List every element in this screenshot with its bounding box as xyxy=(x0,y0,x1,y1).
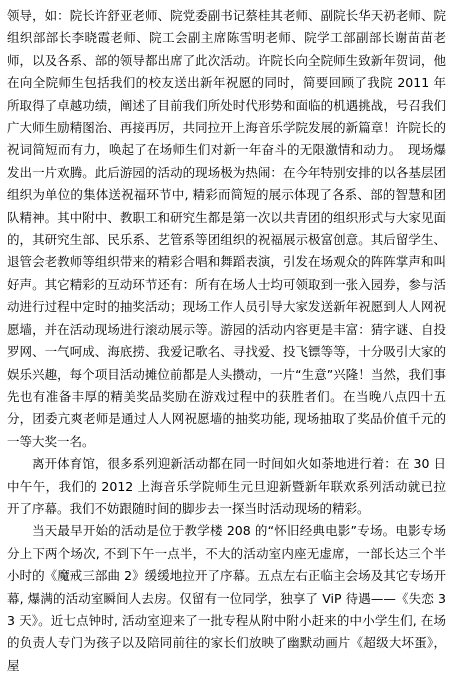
paragraph-movie-special: 当天最早开始的活动是位于教学楼 208 的“怀旧经典电影”专场。电影专场分上下两… xyxy=(7,520,446,677)
document-page: 领导，如：院长许舒亚老师、院党委副书记蔡桂其老师、副院长华天礽老师、院组织部部长… xyxy=(0,0,453,692)
paragraph-leaving-gym: 离开体育馆，很多系列迎新活动都在同一时间如火如荼地进行着：在 30 日中午午，我… xyxy=(7,453,446,520)
paragraph-continuation: 领导，如：院长许舒亚老师、院党委副书记蔡桂其老师、副院长华天礽老师、院组织部部长… xyxy=(7,5,446,453)
